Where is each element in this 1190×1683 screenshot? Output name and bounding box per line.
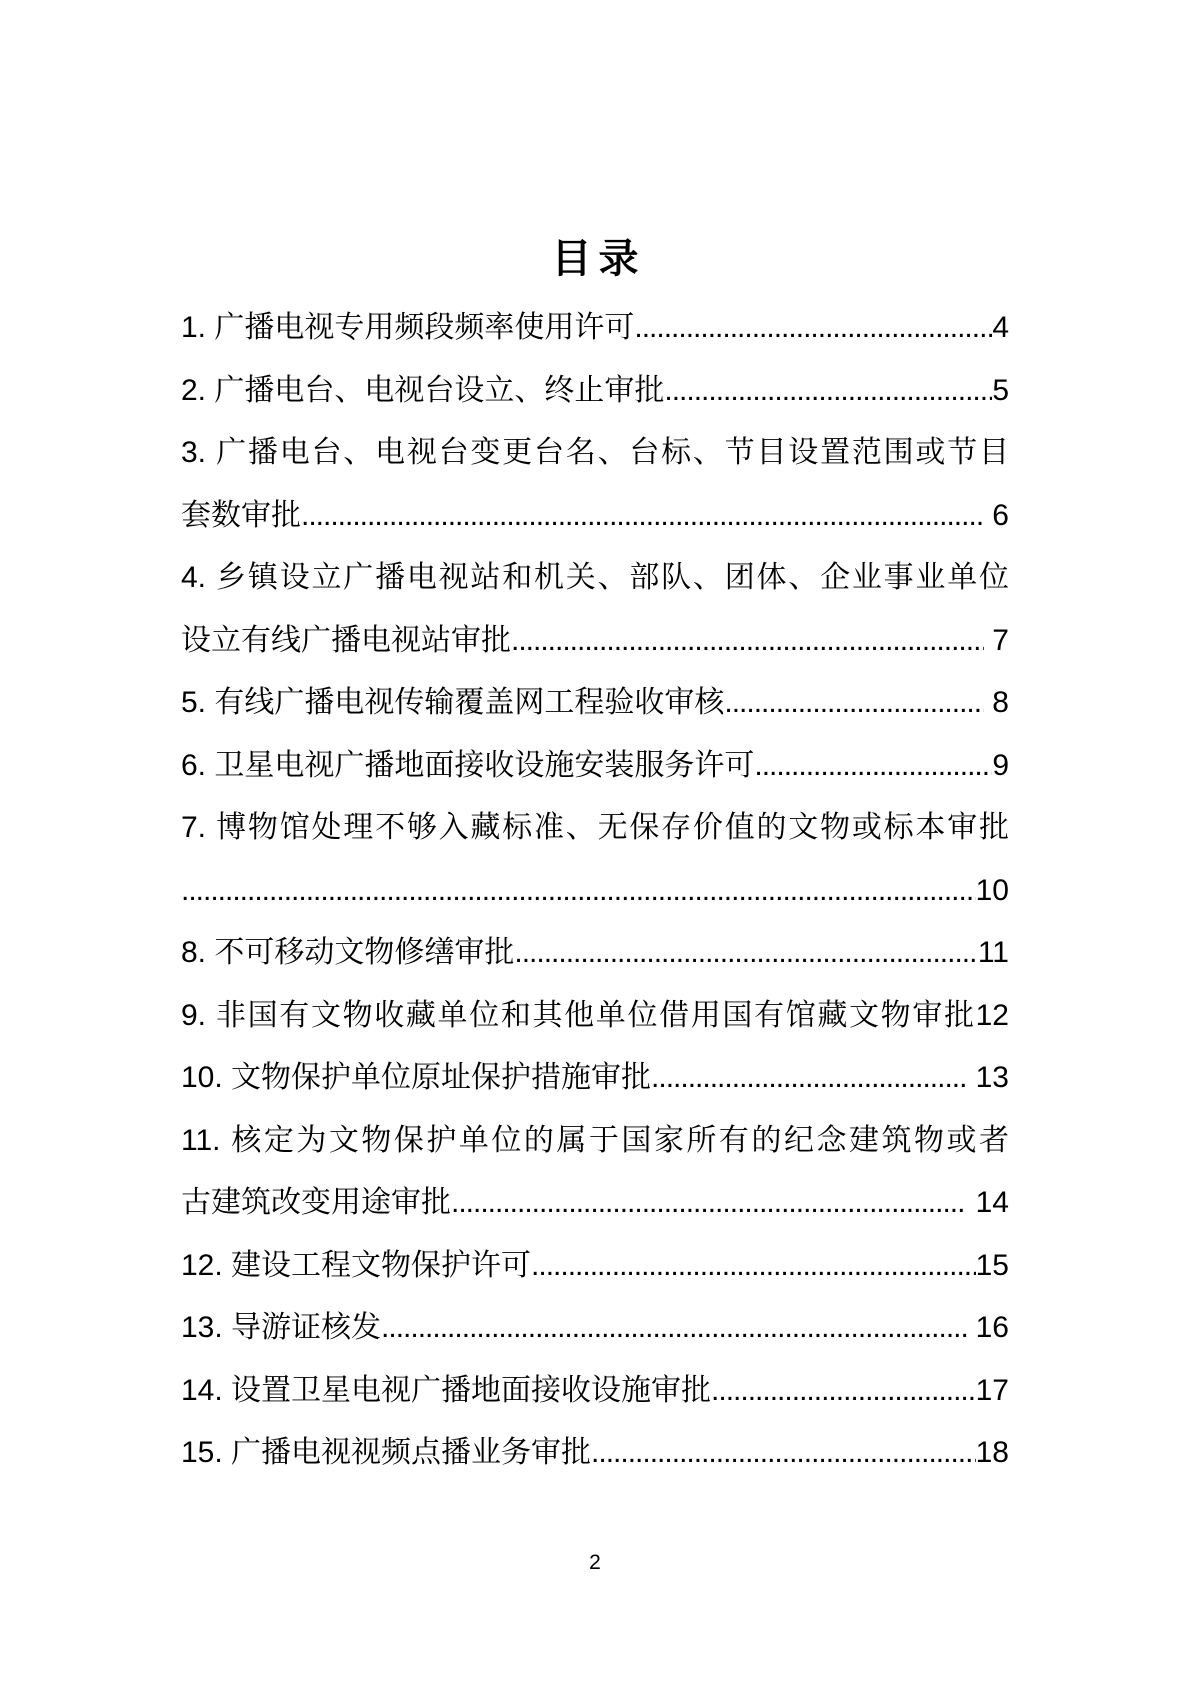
toc-entry-text: 4. 乡镇设立广播电视站和机关、部队、团体、企业事业单位 bbox=[181, 561, 1009, 594]
toc-row-11-line-2[interactable]: 古建筑改变用途审批 14 bbox=[181, 1172, 1009, 1235]
toc-row-9[interactable]: 9. 非国有文物收藏单位和其他单位借用国有馆藏文物审批12 bbox=[181, 985, 1009, 1048]
dot-leader bbox=[651, 1047, 967, 1110]
toc-entry-text: 1. 广播电视专用频段频率使用许可 bbox=[181, 297, 634, 360]
toc-row-1[interactable]: 1. 广播电视专用频段频率使用许可4 bbox=[181, 297, 1009, 360]
toc-row-10[interactable]: 10. 文物保护单位原址保护措施审批 13 bbox=[181, 1047, 1009, 1110]
dot-leader bbox=[711, 1360, 976, 1423]
toc-entry-text: 14. 设置卫星电视广播地面接收设施审批 bbox=[181, 1360, 711, 1423]
toc-entry-text: 11. 核定为文物保护单位的属于国家所有的纪念建筑物或者 bbox=[181, 1124, 1009, 1157]
toc-entry-text: 9. 非国有文物收藏单位和其他单位借用国有馆藏文物审批 bbox=[181, 999, 976, 1032]
toc-entry-text: 10. 文物保护单位原址保护措施审批 bbox=[181, 1047, 651, 1110]
toc-entry-text: 7. 博物馆处理不够入藏标准、无保存价值的文物或标本审批 bbox=[181, 811, 1009, 844]
toc-page-number: 14 bbox=[967, 1172, 1009, 1235]
toc-row-4-line-1[interactable]: 4. 乡镇设立广播电视站和机关、部队、团体、企业事业单位 bbox=[181, 547, 1009, 610]
page-number: 2 bbox=[589, 1551, 601, 1574]
dot-leader bbox=[451, 1172, 967, 1235]
document-page: 目录 1. 广播电视专用频段频率使用许可4 2. 广播电台、电视台设立、终止审批… bbox=[0, 0, 1190, 1683]
dot-leader bbox=[724, 672, 984, 735]
toc-row-7-line-2[interactable]: 10 bbox=[181, 860, 1009, 923]
toc-entry-text: 5. 有线广播电视传输覆盖网工程验收审核 bbox=[181, 672, 724, 735]
dot-leader bbox=[381, 1297, 967, 1360]
toc-page-number: 9 bbox=[992, 735, 1009, 798]
toc-page-number: 7 bbox=[984, 610, 1009, 673]
toc-page-number: 10 bbox=[976, 860, 1009, 923]
toc-row-6[interactable]: 6. 卫星电视广播地面接收设施安装服务许可9 bbox=[181, 735, 1009, 798]
toc-entry-text: 设立有线广播电视站审批 bbox=[181, 610, 511, 673]
dot-leader bbox=[591, 1422, 976, 1485]
dot-leader bbox=[511, 610, 984, 673]
toc-row-5[interactable]: 5. 有线广播电视传输覆盖网工程验收审核 8 bbox=[181, 672, 1009, 735]
toc-page-number: 13 bbox=[967, 1047, 1009, 1110]
toc-row-3-line-1[interactable]: 3. 广播电台、电视台变更台名、台标、节目设置范围或节目 bbox=[181, 422, 1009, 485]
toc-page-number: 8 bbox=[984, 672, 1009, 735]
toc-entry-text: 8. 不可移动文物修缮审批 bbox=[181, 922, 514, 985]
page-footer: 2 bbox=[0, 1548, 1190, 1578]
toc-entry-text: 6. 卫星电视广播地面接收设施安装服务许可 bbox=[181, 735, 754, 798]
toc-row-15[interactable]: 15. 广播电视视频点播业务审批18 bbox=[181, 1422, 1009, 1485]
dot-leader bbox=[634, 297, 992, 360]
toc-page-number: 6 bbox=[984, 485, 1009, 548]
toc-row-11-line-1[interactable]: 11. 核定为文物保护单位的属于国家所有的纪念建筑物或者 bbox=[181, 1110, 1009, 1173]
toc-title: 目录 bbox=[0, 231, 1190, 287]
toc-row-7-line-1[interactable]: 7. 博物馆处理不够入藏标准、无保存价值的文物或标本审批 bbox=[181, 797, 1009, 860]
toc-page-number: 18 bbox=[976, 1422, 1009, 1485]
toc-entry-text: 3. 广播电台、电视台变更台名、台标、节目设置范围或节目 bbox=[181, 436, 1009, 469]
toc-row-3-line-2[interactable]: 套数审批 6 bbox=[181, 485, 1009, 548]
toc-row-12[interactable]: 12. 建设工程文物保护许可15 bbox=[181, 1235, 1009, 1298]
dot-leader bbox=[181, 860, 976, 923]
toc-page-number: 11 bbox=[978, 922, 1009, 985]
toc-row-14[interactable]: 14. 设置卫星电视广播地面接收设施审批17 bbox=[181, 1360, 1009, 1423]
toc-entry-text: 12. 建设工程文物保护许可 bbox=[181, 1235, 531, 1298]
dot-leader bbox=[514, 922, 977, 985]
dot-leader bbox=[664, 360, 992, 423]
toc-row-4-line-2[interactable]: 设立有线广播电视站审批 7 bbox=[181, 610, 1009, 673]
toc-entry-text: 15. 广播电视视频点播业务审批 bbox=[181, 1422, 591, 1485]
toc-row-2[interactable]: 2. 广播电台、电视台设立、终止审批5 bbox=[181, 360, 1009, 423]
toc-row-13[interactable]: 13. 导游证核发 16 bbox=[181, 1297, 1009, 1360]
dot-leader bbox=[301, 485, 984, 548]
toc-entry-text: 套数审批 bbox=[181, 485, 301, 548]
dot-leader bbox=[754, 735, 992, 798]
toc-page-number: 17 bbox=[976, 1360, 1009, 1423]
toc-page-number: 16 bbox=[967, 1297, 1009, 1360]
dot-leader bbox=[531, 1235, 976, 1298]
toc-page-number: 4 bbox=[992, 297, 1009, 360]
toc-entry-text: 2. 广播电台、电视台设立、终止审批 bbox=[181, 360, 664, 423]
toc-page-number: 15 bbox=[976, 1235, 1009, 1298]
toc-row-8[interactable]: 8. 不可移动文物修缮审批11 bbox=[181, 922, 1009, 985]
toc-page-number: 5 bbox=[992, 360, 1009, 423]
toc-entry-text: 古建筑改变用途审批 bbox=[181, 1172, 451, 1235]
table-of-contents: 1. 广播电视专用频段频率使用许可4 2. 广播电台、电视台设立、终止审批5 3… bbox=[181, 297, 1009, 1485]
toc-page-number: 12 bbox=[976, 999, 1009, 1032]
toc-entry-text: 13. 导游证核发 bbox=[181, 1297, 381, 1360]
